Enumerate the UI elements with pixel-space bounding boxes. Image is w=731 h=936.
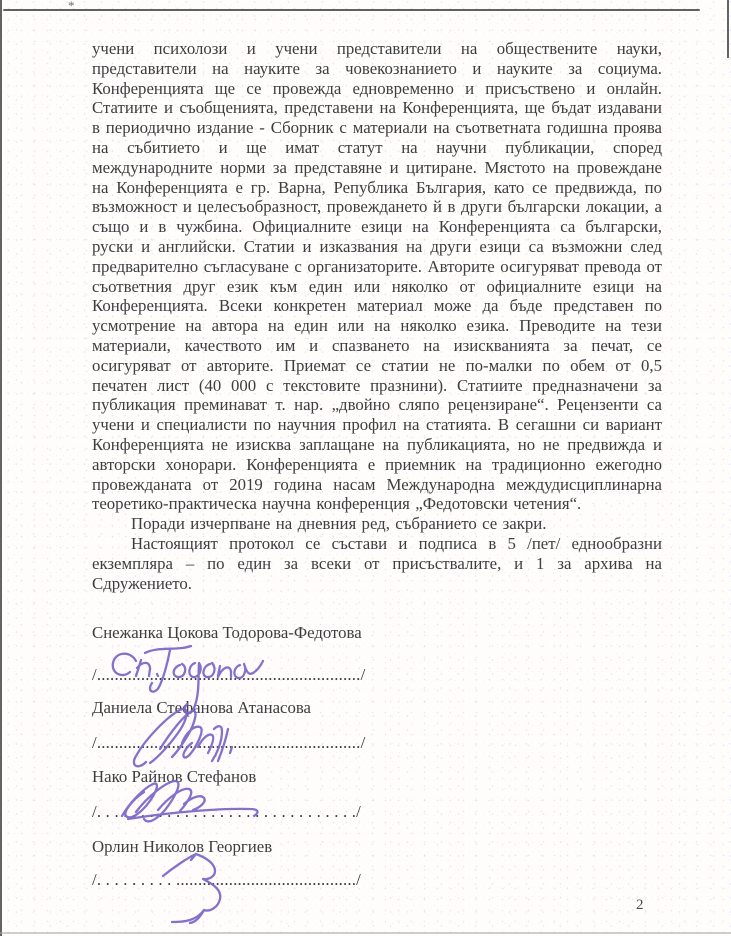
scan-right-edge-line — [727, 0, 729, 58]
signature-line-2: /.......................................… — [92, 733, 365, 753]
scan-speck: * — [68, 0, 75, 14]
scanned-page: * учени психолози и учени представители … — [0, 0, 731, 936]
signature-line-1: /.......................................… — [92, 665, 365, 685]
signature-line-4: /. . . . . . . . . .....................… — [92, 870, 361, 890]
signer-name-1: Снежанка Цокова Тодорова-Федотова — [92, 623, 362, 643]
scan-top-edge-line — [3, 9, 700, 11]
signer-name-2: Даниела Стефанова Атанасова — [92, 698, 311, 718]
signer-name-3: Нако Райнов Стефанов — [92, 767, 256, 787]
signer-name-4: Орлин Николов Георгиев — [92, 837, 272, 857]
paragraph-conference-terms: учени психолози и учени представители на… — [92, 39, 662, 514]
paragraph-meeting-closed: Поради изчерпване на дневния ред, събран… — [92, 514, 662, 534]
page-number: 2 — [636, 897, 644, 914]
signature-line-3: /. . . . . . . . . . . . . . . . . . . .… — [92, 802, 361, 822]
body-text: учени психолози и учени представители на… — [92, 39, 662, 593]
paragraph-protocol-copies: Настоящият протокол се състави и подписа… — [92, 534, 662, 593]
scan-left-edge-line — [0, 0, 2, 936]
signatures-section: Снежанка Цокова Тодорова-Федотова /.....… — [92, 620, 692, 936]
